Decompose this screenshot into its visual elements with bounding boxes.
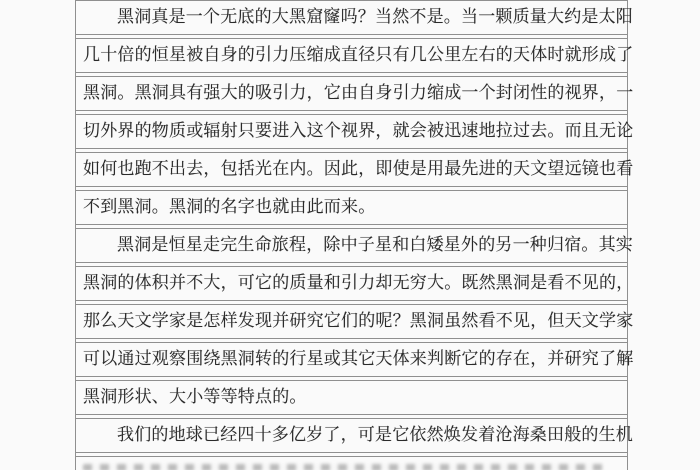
line-text: 黑洞的体积并不大，可它的质量和引力却无穷大。既然黑洞是看不见的， <box>83 275 633 292</box>
line-text: 那么天文学家是怎样发现并研究它们的呢？黑洞虽然看不见，但天文学家 <box>83 313 633 330</box>
text-row: 黑洞是恒星走完生命旅程，除中子星和白矮星外的另一种归宿。其实 <box>76 228 627 263</box>
text-row: 那么天文学家是怎样发现并研究它们的呢？黑洞虽然看不见，但天文学家 <box>76 304 627 339</box>
text-row: 不到黑洞。黑洞的名字也就由此而来。 <box>76 190 627 225</box>
text-row: 黑洞。黑洞具有强大的吸引力，它由自身引力缩成一个封闭性的视界，一 <box>76 76 627 111</box>
blurred-cutoff-text <box>83 464 604 470</box>
text-row: 黑洞真是一个无底的大黑窟窿吗？当然不是。当一颗质量大约是太阳 <box>76 0 627 35</box>
truncated-text-row <box>76 456 627 470</box>
line-text: 黑洞真是一个无底的大黑窟窿吗？当然不是。当一颗质量大约是太阳 <box>83 9 633 26</box>
line-text: 不到黑洞。黑洞的名字也就由此而来。 <box>83 199 375 216</box>
text-row: 如何也跑不出去，包括光在内。因此，即使是用最先进的天文望远镜也看 <box>76 152 627 187</box>
line-text: 几十倍的恒星被自身的引力压缩成直径只有几公里左右的天体时就形成了 <box>83 47 633 64</box>
text-row: 几十倍的恒星被自身的引力压缩成直径只有几公里左右的天体时就形成了 <box>76 38 627 73</box>
line-text: 我们的地球已经四十多亿岁了，可是它依然焕发着沧海桑田般的生机 <box>83 427 633 444</box>
text-row: 切外界的物质或辐射只要进入这个视界，就会被迅速地拉过去。而且无论 <box>76 114 627 149</box>
line-text: 黑洞。黑洞具有强大的吸引力，它由自身引力缩成一个封闭性的视界，一 <box>83 85 633 102</box>
text-row: 黑洞形状、大小等等特点的。 <box>76 380 627 415</box>
line-text: 黑洞是恒星走完生命旅程，除中子星和白矮星外的另一种归宿。其实 <box>83 237 633 254</box>
line-text: 如何也跑不出去，包括光在内。因此，即使是用最先进的天文望远镜也看 <box>83 161 633 178</box>
line-text: 黑洞形状、大小等等特点的。 <box>83 389 307 406</box>
line-text: 可以通过观察围绕黑洞转的行星或其它天体来判断它的存在，并研究了解 <box>83 351 633 368</box>
text-row: 可以通过观察围绕黑洞转的行星或其它天体来判断它的存在，并研究了解 <box>76 342 627 377</box>
line-text: 切外界的物质或辐射只要进入这个视界，就会被迅速地拉过去。而且无论 <box>83 123 633 140</box>
text-row: 我们的地球已经四十多亿岁了，可是它依然焕发着沧海桑田般的生机 <box>76 418 627 453</box>
text-row: 黑洞的体积并不大，可它的质量和引力却无穷大。既然黑洞是看不见的， <box>76 266 627 301</box>
ruled-paper: 黑洞真是一个无底的大黑窟窿吗？当然不是。当一颗质量大约是太阳 几十倍的恒星被自身… <box>75 0 628 470</box>
scanned-document-page: { "colors": { "background": "#fafafa", "… <box>0 0 700 470</box>
